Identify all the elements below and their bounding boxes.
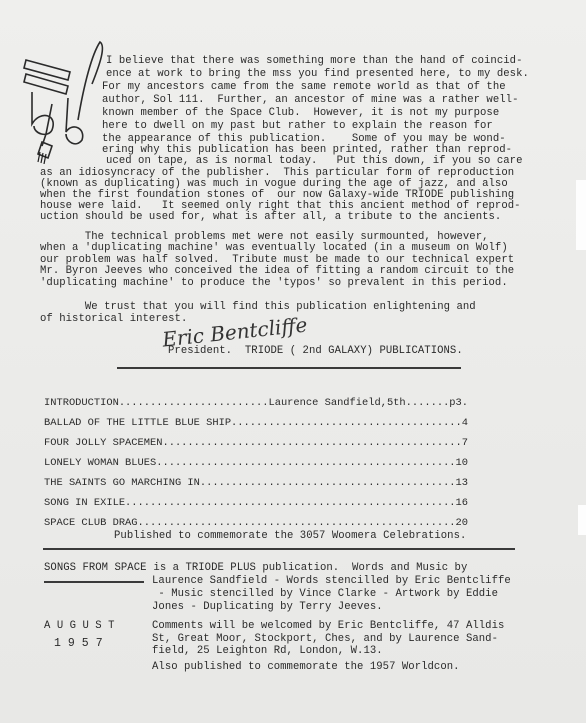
publication-title: SONGS FROM SPACE — [44, 562, 147, 575]
toc-item-four-jolly-spacemen: FOUR JOLLY SPACEMEN.....................… — [44, 437, 468, 449]
intro-line: Mr. Byron Jeeves who conceived the idea … — [40, 265, 514, 278]
intro-line: uced on tape, as is normal today. Put th… — [106, 155, 522, 168]
intro-line: when a 'duplicating machine' was eventua… — [40, 242, 508, 255]
intro-line: uction should be used for, what is after… — [40, 211, 501, 224]
credits-line: - Music stencilled by Vince Clarke - Art… — [152, 588, 498, 601]
intro-line: For my ancestors came from the same remo… — [102, 81, 506, 94]
intro-line: I believe that there was something more … — [106, 55, 522, 68]
toc-item-song-in-exile: SONG IN EXILE...........................… — [44, 497, 468, 509]
intro-line: of historical interest. — [40, 313, 187, 326]
also-published-note: Also published to commemorate the 1957 W… — [152, 661, 460, 674]
credits-line: Laurence Sandfield - Words stencilled by… — [152, 575, 511, 588]
commemorate-note: Published to commemorate the 3057 Woomer… — [114, 530, 466, 543]
date-year: 1 9 5 7 — [54, 638, 103, 651]
credits-line: Jones - Duplicating by Terry Jeeves. — [152, 601, 383, 614]
comments-line: Comments will be welcomed by Eric Bentcl… — [152, 620, 504, 633]
date-month: A U G U S T — [44, 620, 114, 633]
toc-item-the-saints-go-marching-in: THE SAINTS GO MARCHING IN...............… — [44, 477, 468, 489]
toc-item-space-club-drag: SPACE CLUB DRAG.........................… — [44, 517, 468, 529]
rocket-music-note-logo-icon — [22, 34, 112, 164]
intro-line: author, Sol 111. Further, an ancestor of… — [102, 94, 518, 107]
signoff: President. TRIODE ( 2nd GALAXY) PUBLICAT… — [168, 345, 463, 358]
intro-line: ence at work to bring the mss you find p… — [106, 68, 529, 81]
divider — [117, 367, 461, 369]
divider — [43, 548, 515, 550]
paper-edge — [576, 180, 586, 250]
paper-edge — [578, 505, 586, 535]
intro-line: here to dwell on my past but rather to e… — [102, 120, 493, 133]
intro-line: known member of the Space Club. However,… — [102, 107, 499, 120]
toc-item-introduction: INTRODUCTION........................Laur… — [44, 397, 468, 409]
intro-line: We trust that you will find this publica… — [40, 301, 476, 314]
toc-item-lonely-woman-blues: LONELY WOMAN BLUES......................… — [44, 457, 468, 469]
document-page: I believe that there was something more … — [0, 0, 586, 723]
toc-item-ballad-of-the-little-blue-ship: BALLAD OF THE LITTLE BLUE SHIP..........… — [44, 417, 468, 429]
comments-line: field, 25 Leighton Rd, London, W.13. — [152, 645, 383, 658]
title-underline — [44, 581, 144, 583]
intro-line: 'duplicating machine' to produce the 'ty… — [40, 277, 508, 290]
credits-line: is a TRIODE PLUS publication. Words and … — [147, 562, 467, 575]
comments-line: St, Great Moor, Stockport, Ches, and by … — [152, 633, 498, 646]
